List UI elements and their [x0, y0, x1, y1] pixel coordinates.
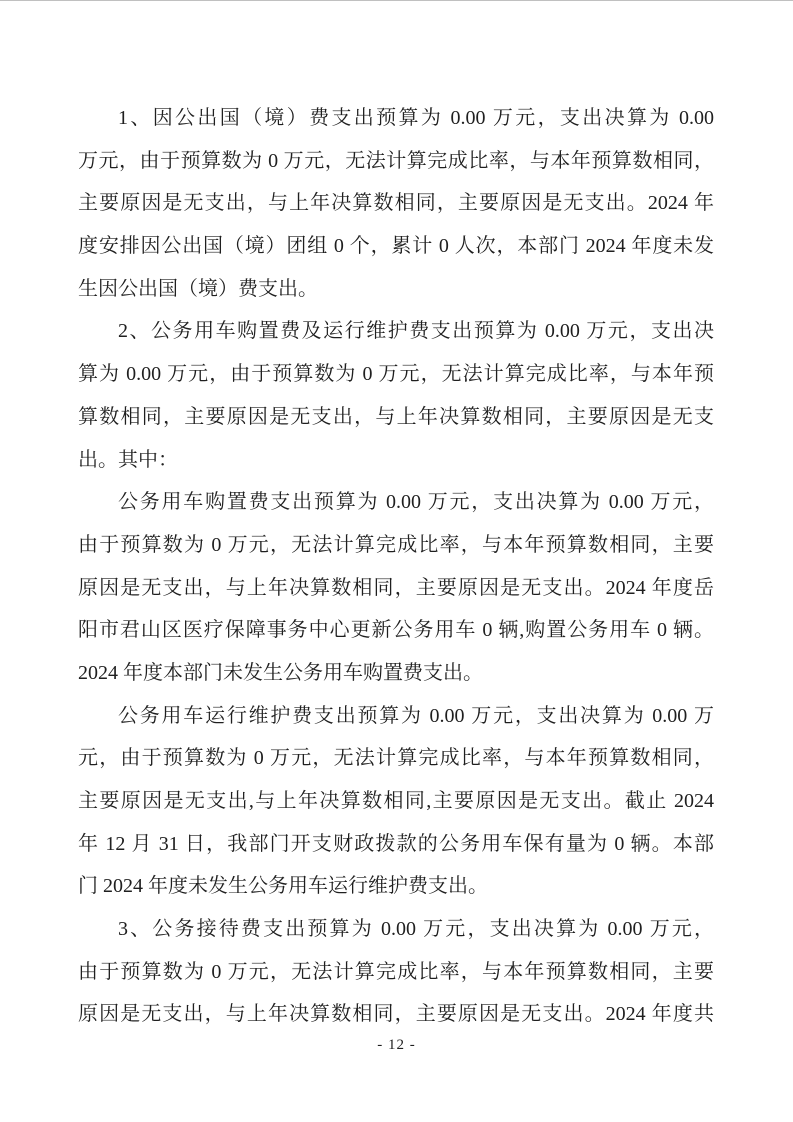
text-line: 由于预算数为 0 万元，无法计算完成比率，与本年预算数相同，主要 [78, 951, 714, 994]
text-line: 阳市君山区医疗保障事务中心更新公务用车 0 辆,购置公务用车 0 辆。 [78, 609, 714, 652]
text-line: 门 2024 年度未发生公务用车运行维护费支出。 [78, 865, 714, 908]
document-page: 1、因公出国（境）费支出预算为 0.00 万元，支出决算为 0.00 万元，由于… [0, 0, 793, 1122]
text-line: 原因是无支出，与上年决算数相同，主要原因是无支出。2024 年度岳 [78, 567, 714, 610]
text-line: 算为 0.00 万元，由于预算数为 0 万元，无法计算完成比率，与本年预 [78, 353, 714, 396]
text-line: 公务用车运行维护费支出预算为 0.00 万元，支出决算为 0.00 万 [78, 695, 714, 738]
text-line: 生因公出国（境）费支出。 [78, 268, 714, 311]
text-line: 1、因公出国（境）费支出预算为 0.00 万元，支出决算为 0.00 [78, 97, 714, 140]
text-line: 2024 年度本部门未发生公务用车购置费支出。 [78, 652, 714, 695]
text-line: 公务用车购置费支出预算为 0.00 万元，支出决算为 0.00 万元， [78, 481, 714, 524]
text-line: 原因是无支出，与上年决算数相同，主要原因是无支出。2024 年度共 [78, 993, 714, 1036]
text-line: 度安排因公出国（境）团组 0 个，累计 0 人次，本部门 2024 年度未发 [78, 225, 714, 268]
page-number: - 12 - [0, 1037, 793, 1054]
text-line: 主要原因是无支出，与上年决算数相同，主要原因是无支出。2024 年 [78, 182, 714, 225]
text-line: 算数相同，主要原因是无支出，与上年决算数相同，主要原因是无支 [78, 396, 714, 439]
text-line: 由于预算数为 0 万元，无法计算完成比率，与本年预算数相同，主要 [78, 524, 714, 567]
text-line: 3、公务接待费支出预算为 0.00 万元，支出决算为 0.00 万元， [78, 908, 714, 951]
text-line: 主要原因是无支出,与上年决算数相同,主要原因是无支出。截止 2024 [78, 780, 714, 823]
text-line: 元，由于预算数为 0 万元，无法计算完成比率，与本年预算数相同， [78, 737, 714, 780]
text-line: 2、公务用车购置费及运行维护费支出预算为 0.00 万元，支出决 [78, 310, 714, 353]
text-line: 出。其中： [78, 439, 714, 482]
body-text: 1、因公出国（境）费支出预算为 0.00 万元，支出决算为 0.00 万元，由于… [78, 97, 714, 1036]
text-line: 年 12 月 31 日，我部门开支财政拨款的公务用车保有量为 0 辆。本部 [78, 823, 714, 866]
text-line: 万元，由于预算数为 0 万元，无法计算完成比率，与本年预算数相同， [78, 140, 714, 183]
